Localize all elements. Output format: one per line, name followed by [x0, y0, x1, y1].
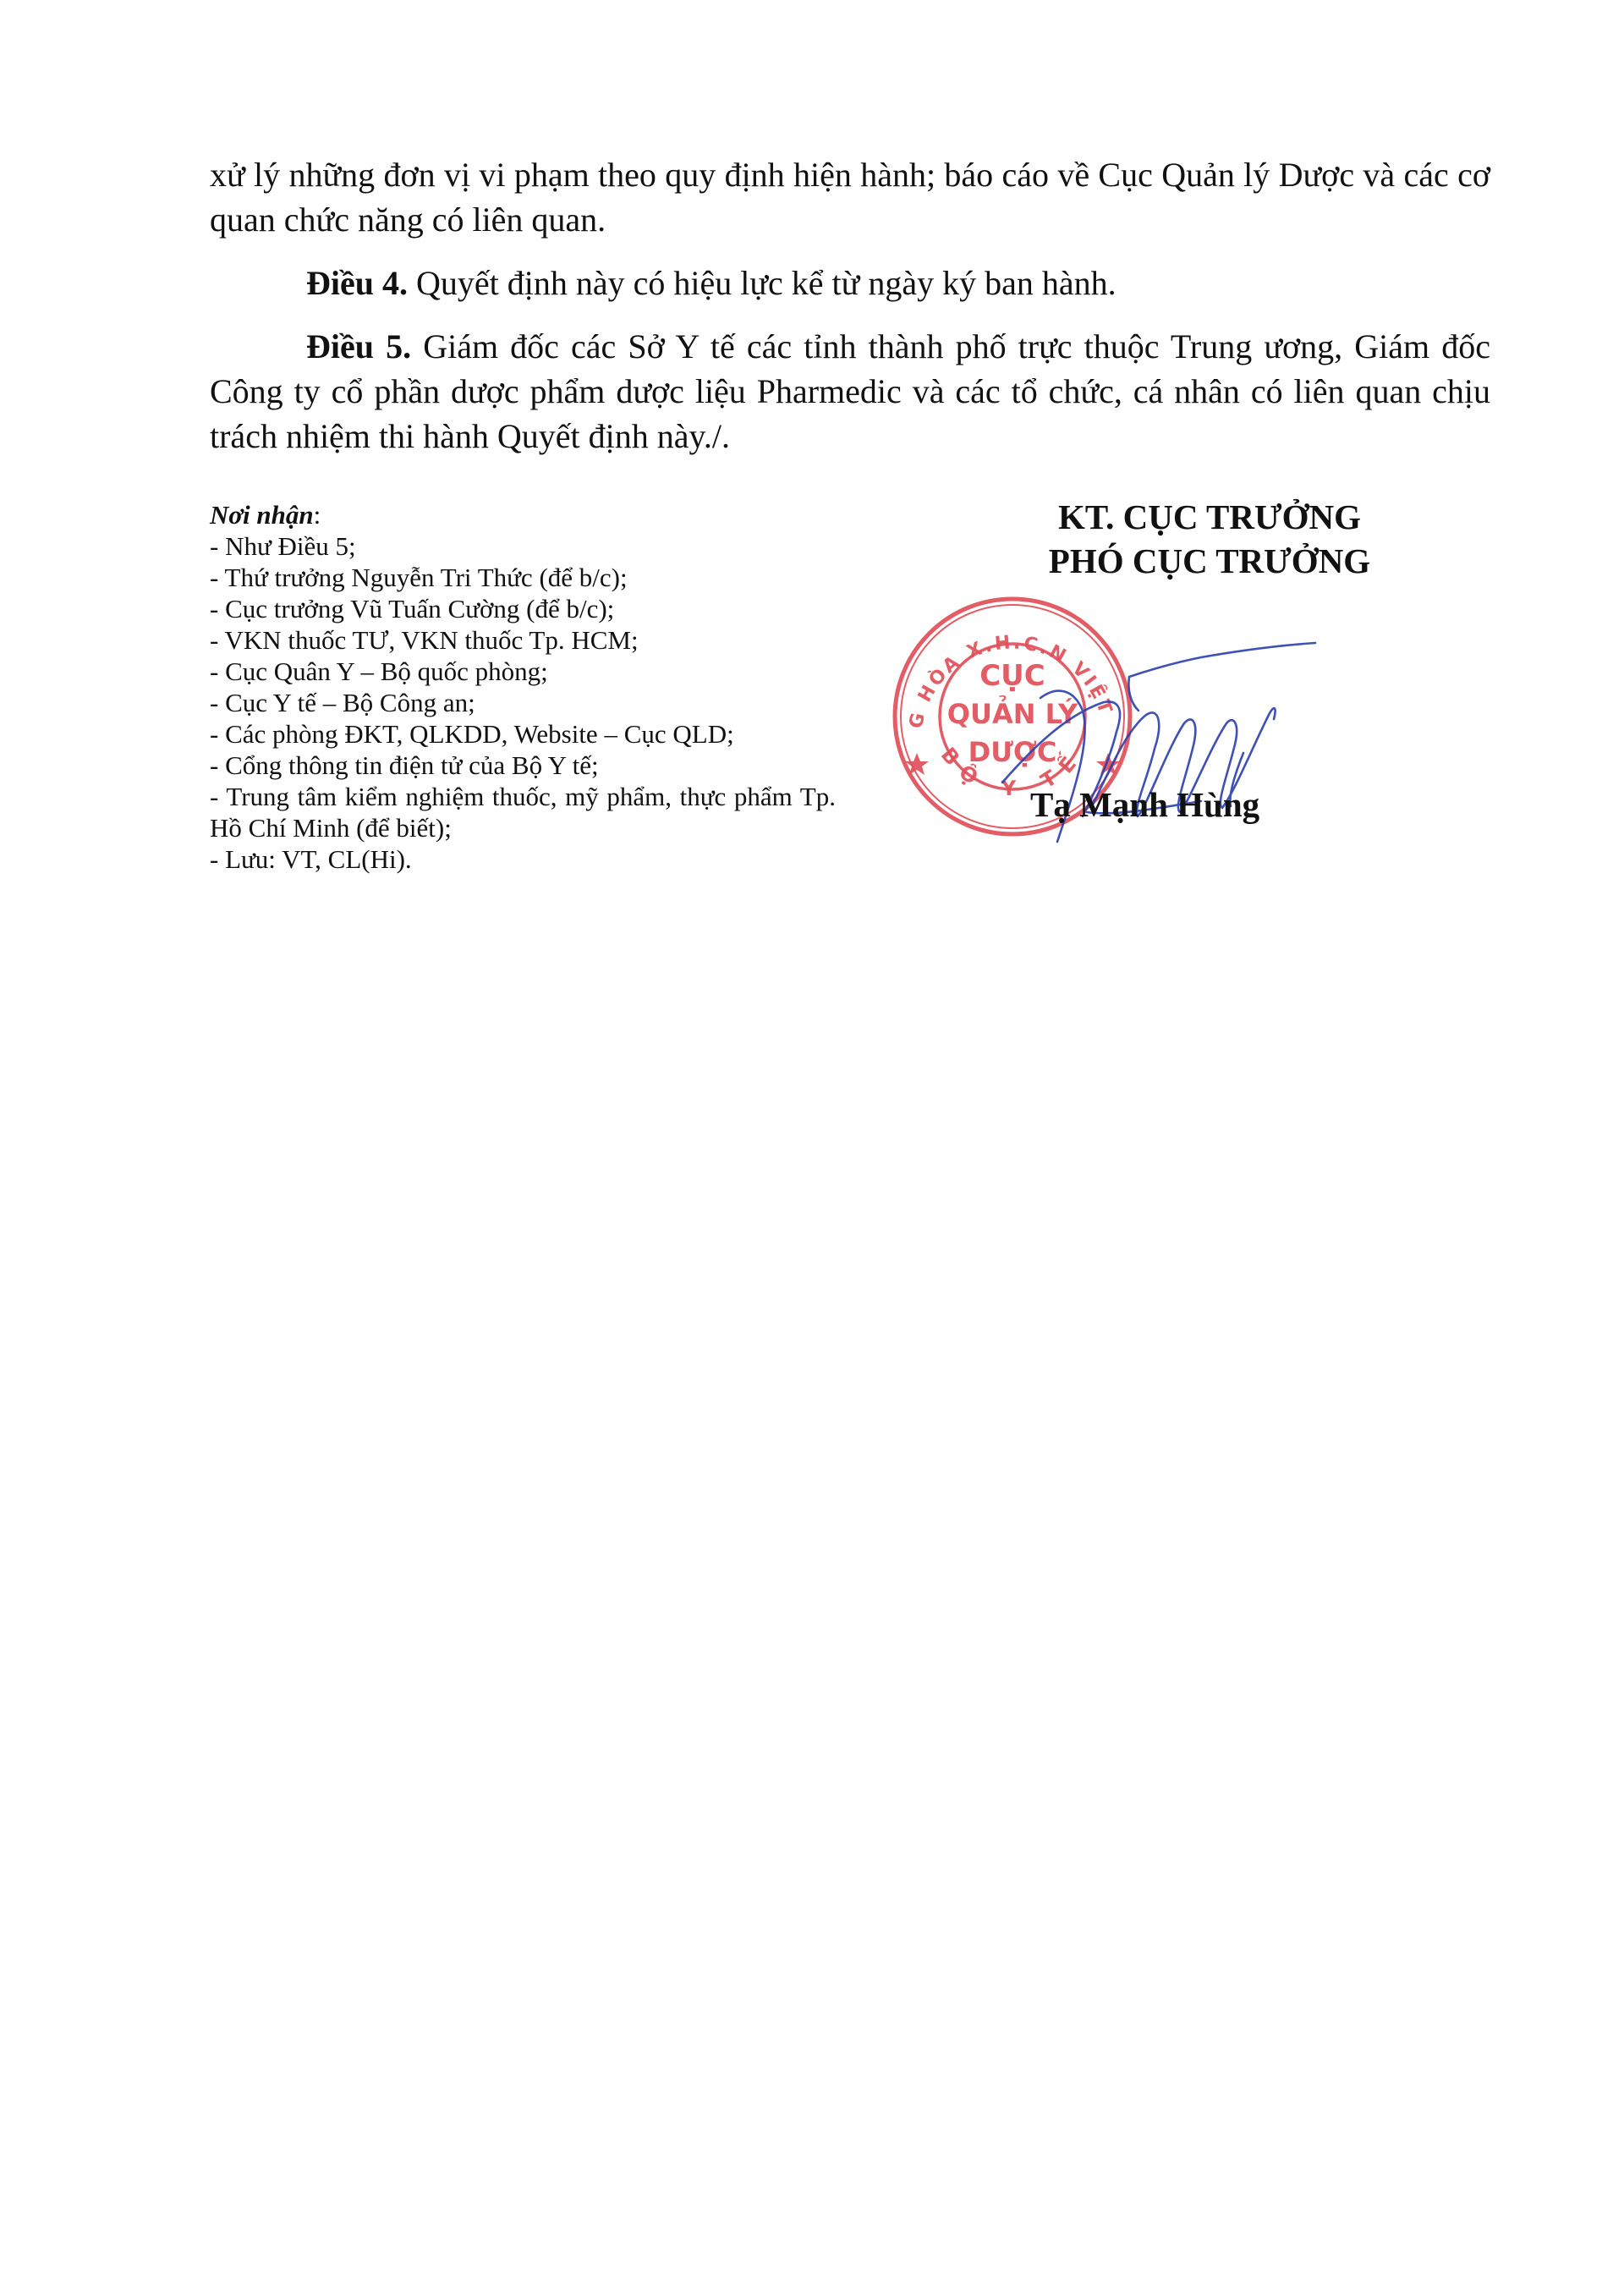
paragraph-text: xử lý những đơn vị vi phạm theo quy định…	[210, 156, 1490, 239]
signature-block: KT. CỤC TRƯỞNG PHÓ CỤC TRƯỞNG	[973, 495, 1446, 583]
paragraph-continuation: xử lý những đơn vị vi phạm theo quy định…	[210, 152, 1490, 242]
document-page: xử lý những đơn vị vi phạm theo quy định…	[0, 0, 1624, 2296]
signature-authority-line: KT. CỤC TRƯỞNG	[973, 495, 1446, 539]
article-4: Điều 4. Quyết định này có hiệu lực kể từ…	[210, 261, 1490, 305]
recipients-title-colon: :	[314, 500, 321, 530]
recipient-item: - Các phòng ĐKT, QLKDD, Website – Cục QL…	[210, 718, 836, 750]
article-4-text: Quyết định này có hiệu lực kể từ ngày ký…	[408, 264, 1116, 302]
recipient-item: - Cổng thông tin điện tử của Bộ Y tế;	[210, 750, 836, 781]
article-5: Điều 5. Giám đốc các Sở Y tế các tỉnh th…	[210, 324, 1490, 459]
recipients-block: Nơi nhận: - Như Điều 5; - Thứ trưởng Ngu…	[210, 499, 836, 875]
recipient-item: - Lưu: VT, CL(Hi).	[210, 843, 836, 875]
recipient-item: - Thứ trưởng Nguyễn Tri Thức (để b/c);	[210, 562, 836, 593]
signature-position-line: PHÓ CỤC TRƯỞNG	[973, 539, 1446, 583]
recipient-item: - Cục Y tế – Bộ Công an;	[210, 687, 836, 718]
recipient-item: - Trung tâm kiểm nghiệm thuốc, mỹ phẩm, …	[210, 781, 836, 843]
recipients-heading: Nơi nhận:	[210, 499, 836, 530]
recipient-item: - Cục trưởng Vũ Tuấn Cường (để b/c);	[210, 593, 836, 624]
decision-body: xử lý những đơn vị vi phạm theo quy định…	[210, 152, 1490, 459]
recipients-title: Nơi nhận	[210, 500, 314, 530]
recipients-list: - Như Điều 5; - Thứ trưởng Nguyễn Tri Th…	[210, 530, 836, 875]
signatory-name: Tạ Mạnh Hùng	[1030, 783, 1259, 827]
article-4-label: Điều 4.	[306, 264, 408, 302]
recipient-item: - Cục Quân Y – Bộ quốc phòng;	[210, 656, 836, 687]
recipient-item: - VKN thuốc TƯ, VKN thuốc Tp. HCM;	[210, 624, 836, 656]
article-5-label: Điều 5.	[306, 327, 411, 365]
recipient-item: - Như Điều 5;	[210, 530, 836, 562]
